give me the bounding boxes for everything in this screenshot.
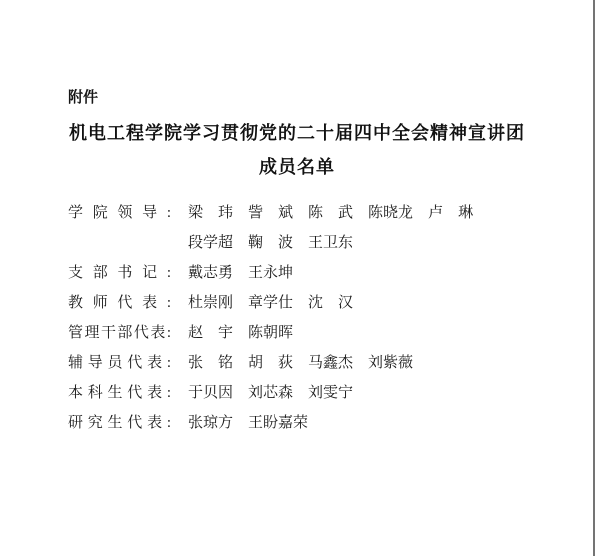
member-name: 陈 武 [308, 205, 353, 221]
member-row: 辅导员代表:张 铭胡 荻马鑫杰刘紫薇 [68, 348, 568, 378]
page-right-edge [593, 0, 595, 556]
member-name: 卢 琳 [428, 205, 473, 221]
role-names: 赵 宇陈朝晖 [188, 318, 293, 348]
document-title: 机电工程学院学习贯彻党的二十届四中全会精神宣讲团 成员名单 [0, 116, 594, 184]
document-page: 附件 机电工程学院学习贯彻党的二十届四中全会精神宣讲团 成员名单 学院领导:梁 … [0, 0, 598, 556]
member-name: 张琼方 [188, 415, 233, 431]
member-name: 王卫东 [308, 235, 353, 251]
member-name: 沈 汉 [308, 295, 353, 311]
member-name: 鞠 波 [248, 235, 293, 251]
member-row: 研究生代表:张琼方王盼嘉荣 [68, 408, 568, 438]
names-line: 段学超鞠 波王卫东 [188, 228, 473, 258]
member-name: 戴志勇 [188, 265, 233, 281]
member-row: 学院领导:梁 玮訾 斌陈 武陈晓龙卢 琳段学超鞠 波王卫东 [68, 198, 568, 258]
names-line: 杜崇刚章学仕沈 汉 [188, 288, 353, 318]
member-list: 学院领导:梁 玮訾 斌陈 武陈晓龙卢 琳段学超鞠 波王卫东支部书记:戴志勇王永坤… [68, 198, 568, 438]
role-names: 张琼方王盼嘉荣 [188, 408, 308, 438]
member-name: 胡 荻 [248, 355, 293, 371]
role-label: 研究生代表: [68, 408, 171, 438]
role-label: 本科生代表: [68, 378, 171, 408]
member-name: 马鑫杰 [308, 355, 353, 371]
role-names: 于贝因刘芯森刘雯宁 [188, 378, 353, 408]
member-row: 管理干部代表:赵 宇陈朝晖 [68, 318, 568, 348]
role-names: 张 铭胡 荻马鑫杰刘紫薇 [188, 348, 413, 378]
role-label: 辅导员代表: [68, 348, 171, 378]
member-name: 刘紫薇 [368, 355, 413, 371]
member-name: 于贝因 [188, 385, 233, 401]
member-name: 陈朝晖 [248, 325, 293, 341]
member-row: 教师代表:杜崇刚章学仕沈 汉 [68, 288, 568, 318]
member-row: 本科生代表:于贝因刘芯森刘雯宁 [68, 378, 568, 408]
role-label: 学院领导: [68, 198, 171, 228]
role-label: 教师代表: [68, 288, 171, 318]
member-name: 刘雯宁 [308, 385, 353, 401]
member-name: 刘芯森 [248, 385, 293, 401]
role-label: 支部书记: [68, 258, 171, 288]
names-line: 于贝因刘芯森刘雯宁 [188, 378, 353, 408]
member-name: 梁 玮 [188, 205, 233, 221]
member-row: 支部书记:戴志勇王永坤 [68, 258, 568, 288]
names-line: 戴志勇王永坤 [188, 258, 293, 288]
member-name: 陈晓龙 [368, 205, 413, 221]
role-names: 杜崇刚章学仕沈 汉 [188, 288, 353, 318]
role-label: 管理干部代表: [68, 318, 171, 348]
attachment-label: 附件 [68, 86, 98, 107]
member-name: 章学仕 [248, 295, 293, 311]
member-name: 段学超 [188, 235, 233, 251]
names-line: 赵 宇陈朝晖 [188, 318, 293, 348]
document-title-line1: 机电工程学院学习贯彻党的二十届四中全会精神宣讲团 [69, 123, 525, 143]
names-line: 梁 玮訾 斌陈 武陈晓龙卢 琳 [188, 198, 473, 228]
names-line: 张 铭胡 荻马鑫杰刘紫薇 [188, 348, 413, 378]
member-name: 张 铭 [188, 355, 233, 371]
member-name: 赵 宇 [188, 325, 233, 341]
role-names: 戴志勇王永坤 [188, 258, 293, 288]
document-title-line2: 成员名单 [259, 157, 335, 177]
member-name: 王永坤 [248, 265, 293, 281]
member-name: 訾 斌 [248, 205, 293, 221]
member-name: 杜崇刚 [188, 295, 233, 311]
role-names: 梁 玮訾 斌陈 武陈晓龙卢 琳段学超鞠 波王卫东 [188, 198, 473, 258]
names-line: 张琼方王盼嘉荣 [188, 408, 308, 438]
member-name: 王盼嘉荣 [248, 415, 308, 431]
